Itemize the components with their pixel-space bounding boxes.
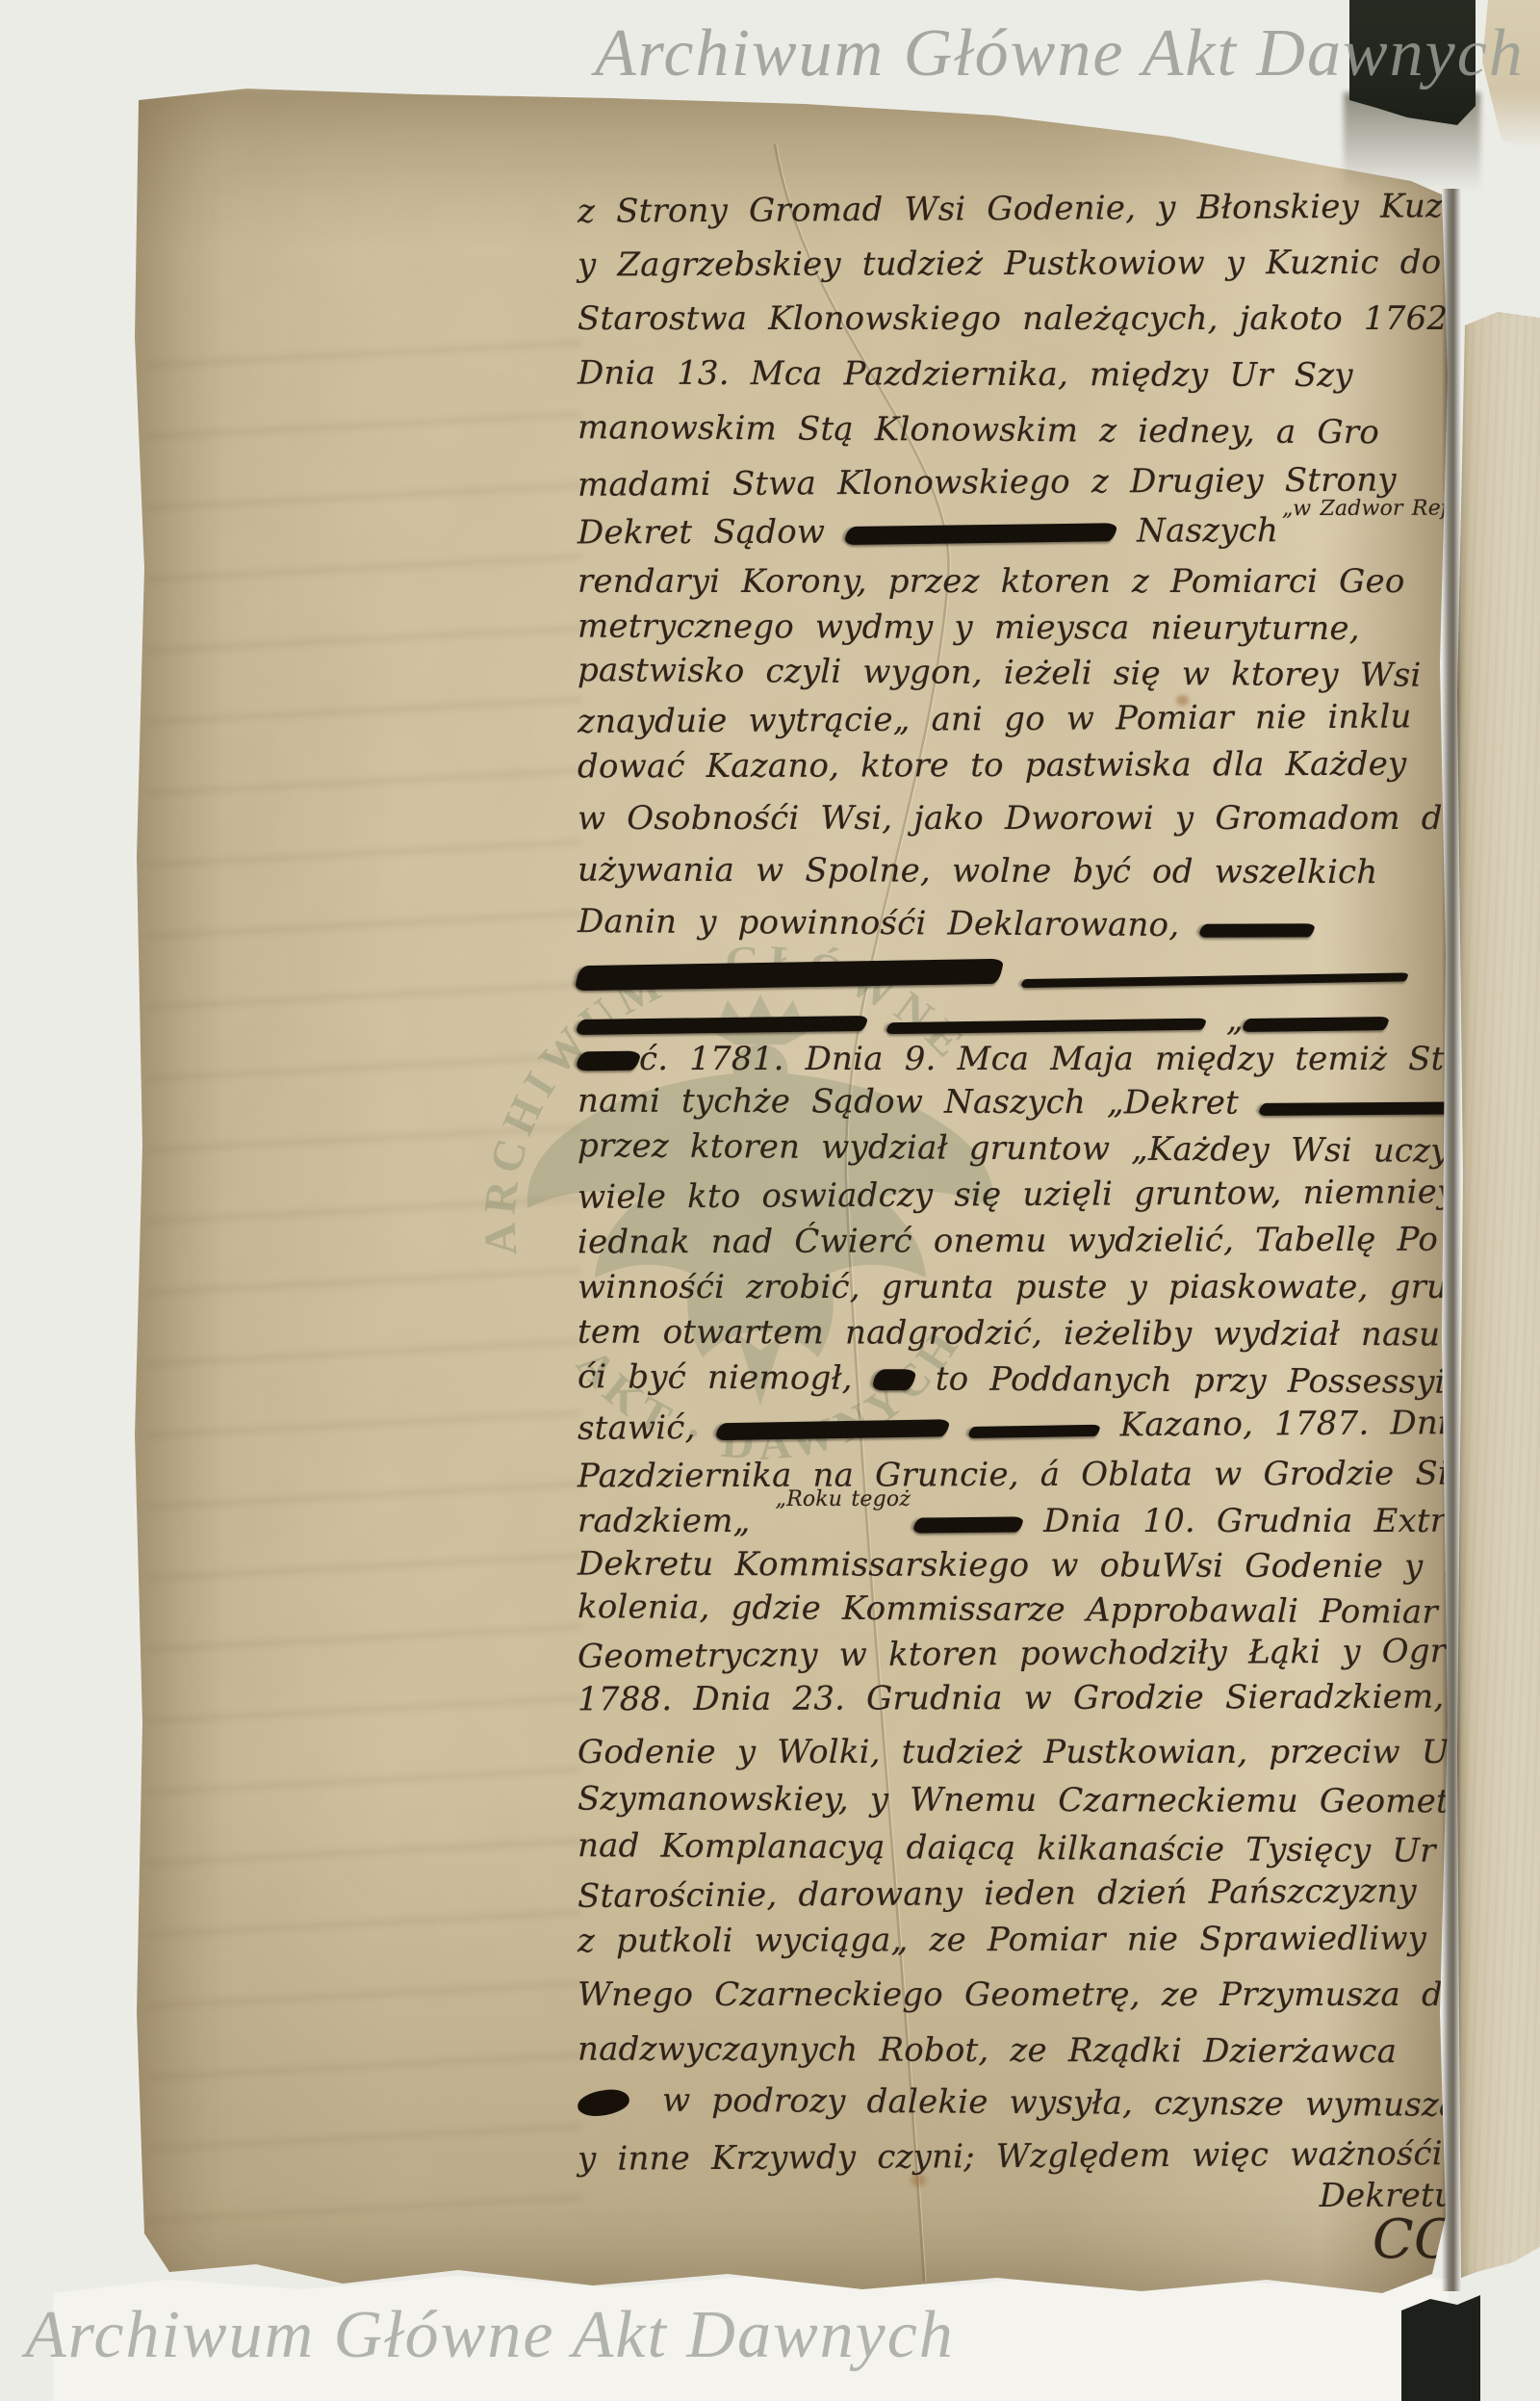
handwritten-text: y Zagrzebskiey tudzież Pustkowiow y Kuzn…: [577, 244, 1442, 285]
handwritten-text: madami Stwa Klonowskiego z Drugiey Stron…: [577, 461, 1397, 504]
manuscript-line: Dekret Sądow Naszych„w Zadwor Refe: [577, 511, 1455, 553]
manuscript-line: 1788. Dnia 23. Grudnia w Grodzie Sieradz…: [577, 1678, 1455, 1719]
manuscript-line: [577, 952, 1455, 996]
manuscript-line: radzkiem„ „Roku tegoż Dnia 10. Grudnia E…: [577, 1502, 1455, 1540]
manuscript-line: kolenia, gdzie Kommissarze Approbawali P…: [577, 1588, 1455, 1632]
manuscript-line: „: [577, 1000, 1455, 1042]
ink-strikethrough: [576, 1051, 642, 1071]
ink-strikethrough: [1021, 972, 1409, 988]
ink-strikethrough: [871, 1369, 917, 1390]
manuscript-line: przez ktoren wydział gruntow „Każdey Wsi…: [577, 1126, 1455, 1171]
manuscript-line: ć. 1781. Dnia 9. Mca Maja między temiż S…: [577, 1040, 1455, 1078]
binding-strip-bottom: [1401, 2295, 1480, 2401]
manuscript-line: Godenie y Wolki, tudzież Pustkowian, prz…: [577, 1733, 1455, 1771]
scanned-archival-document: ARCHIWUM · GŁÓWNE AKT · DAWNYCH z Strony…: [0, 0, 1540, 2401]
manuscript-line: z putkoli wyciąga„ ze Pomiar nie Sprawie…: [577, 1920, 1455, 1961]
handwritten-text: używania w Spolne, wolne być od wszelkic…: [577, 851, 1378, 892]
manuscript-line: Starościnie, darowany ieden dzień Pańszc…: [577, 1872, 1455, 1916]
manuscript-line: Pazdziernika na Gruncie, á Oblata w Grod…: [577, 1455, 1455, 1496]
manuscript-line: Starostwa Klonowskiego należących, jakot…: [577, 299, 1455, 338]
ink-strikethrough: [1242, 1017, 1390, 1032]
handwritten-text: ći być niemogł,: [577, 1357, 874, 1398]
manuscript-line: rendaryi Korony, przez ktoren z Pomiarci…: [577, 562, 1455, 601]
manuscript-line: nadzwyczaynych Robot, ze Rządki Dzierżaw…: [577, 2030, 1455, 2072]
handwritten-text: Naszych: [1116, 511, 1278, 551]
ink-strikethrough: [967, 1425, 1100, 1438]
manuscript-line: w podrozy dalekie wysyła, czynsze wymusz…: [577, 2080, 1455, 2125]
handwritten-text: w podrozy dalekie wysyła, czynsze wymusz…: [641, 2081, 1459, 2125]
ink-blot: [577, 2087, 631, 2118]
handwritten-text: w Osobnośći Wsi, jako Dworowi y Gromadom…: [577, 799, 1462, 838]
handwritten-text: Starostwa Klonowskiego należących, jakot…: [577, 299, 1458, 338]
handwritten-text: nami tychże Sądow Naszych „Dekret: [577, 1082, 1260, 1123]
handwritten-text: radzkiem„: [577, 1502, 771, 1540]
handwritten-text: stawić,: [577, 1408, 717, 1448]
interlinear-insertion: „w Zadwor Refe: [1282, 497, 1462, 522]
handwritten-text: Wnego Czarneckiego Geometrę, ze Przymusz…: [577, 1975, 1463, 2014]
handwritten-text: Dekret Sądow: [577, 513, 846, 553]
manuscript-line: Danin y powinnośći Deklarowano,: [577, 902, 1455, 946]
handwritten-text: rendaryi Korony, przez ktoren z Pomiarci…: [577, 562, 1405, 601]
handwritten-text: iednak nad Ćwierć onemu wydzielić, Tabel…: [577, 1221, 1438, 1262]
handwritten-text: winnośći zrobić, grunta puste y piaskowa…: [577, 1268, 1469, 1306]
handwritten-text: tem otwartem nadgrodzić, ieżeliby wydzia…: [577, 1313, 1492, 1355]
handwritten-text: Szymanowskiey, y Wnemu Czarneckiemu Geom…: [577, 1780, 1540, 1821]
manuscript-line: iednak nad Ćwierć onemu wydzielić, Tabel…: [577, 1221, 1455, 1262]
handwritten-text: nadzwyczaynych Robot, ze Rządki Dzierżaw…: [577, 2030, 1397, 2072]
manuscript-line: używania w Spolne, wolne być od wszelkic…: [577, 851, 1455, 892]
ink-strikethrough: [912, 1516, 1024, 1533]
handwritten-text: Godenie y Wolki, tudzież Pustkowian, prz…: [577, 1733, 1465, 1771]
manuscript-line: Dnia 13. Mca Pazdziernika, między Ur Szy: [577, 354, 1455, 396]
handwritten-text: Dnia 13. Mca Pazdziernika, między Ur Szy: [577, 354, 1353, 396]
handwritten-text: [948, 1407, 969, 1445]
handwritten-text: znayduie wytrącie„ ani go w Pomiar nie i…: [577, 697, 1412, 740]
handwritten-text: Dekretu Kommissarskiego w obuWsi Godenie…: [577, 1545, 1501, 1587]
manuscript-line: manowskim Stą Klonowskim z iedney, a Gro: [577, 408, 1455, 452]
handwritten-text: [1001, 955, 1022, 994]
handwritten-text: dować Kazano, ktore to pastwiska dla Każ…: [577, 745, 1407, 787]
handwritten-text: to Poddanych przy Possessyi zo: [914, 1359, 1504, 1402]
manuscript-line: winnośći zrobić, grunta puste y piaskowa…: [577, 1268, 1455, 1306]
ink-strikethrough: [574, 959, 1004, 991]
ink-strikethrough: [1198, 923, 1316, 937]
handwritten-text: pastwisko czyli wygon, ieżeli się w ktor…: [577, 651, 1422, 695]
manuscript-line: znayduie wytrącie„ ani go w Pomiar nie i…: [577, 697, 1455, 741]
cover-edge-top-right: [1480, 0, 1540, 152]
manuscript-line: y inne Krzywdy czyni; Względem więc ważn…: [577, 2134, 1455, 2179]
ink-strikethrough: [844, 523, 1118, 545]
manuscript-line: z Strony Gromad Wsi Godenie, y Błonskiey…: [577, 187, 1455, 231]
manuscript-line: w Osobnośći Wsi, jako Dworowi y Gromadom…: [577, 799, 1455, 838]
handwritten-text: metrycznego wydmy y mieysca nieuryturne,: [577, 607, 1360, 649]
manuscript-line: Geometryczny w ktoren powchodziły Łąki y…: [577, 1632, 1455, 1676]
manuscript-line: metrycznego wydmy y mieysca nieuryturne,: [577, 607, 1455, 649]
handwritten-text: Danin y powinnośći Deklarowano,: [577, 902, 1201, 944]
ink-strikethrough: [714, 1419, 950, 1440]
handwritten-text: 1788. Dnia 23. Grudnia w Grodzie Sieradz…: [577, 1677, 1506, 1718]
handwritten-text: [866, 1001, 887, 1040]
binding-gap-shadow: [1442, 189, 1461, 2291]
manuscript-page: ARCHIWUM · GŁÓWNE AKT · DAWNYCH z Strony…: [131, 87, 1451, 2297]
show-through-streaks: [148, 327, 581, 2262]
handwritten-text: Geometryczny w ktoren powchodziły Łąki y…: [577, 1632, 1512, 1676]
handwritten-text: ć. 1781. Dnia 9. Mca Maja między temiż S…: [639, 1040, 1480, 1078]
manuscript-line: dować Kazano, ktore to pastwiska dla Każ…: [577, 745, 1455, 787]
adjacent-page-edge: [1455, 308, 1540, 2278]
manuscript-line: pastwisko czyli wygon, ieżeli się w ktor…: [577, 651, 1455, 695]
manuscript-line: Dekretu Kommissarskiego w obuWsi Godenie…: [577, 1545, 1455, 1587]
handwritten-text: przez ktoren wydział gruntow „Każdey Wsi…: [577, 1126, 1500, 1171]
manuscript-line: y Zagrzebskiey tudzież Pustkowiow y Kuzn…: [577, 244, 1455, 285]
handwritten-text: Starościnie, darowany ieden dzień Pańszc…: [577, 1872, 1417, 1915]
handwritten-text: „: [1205, 1000, 1244, 1039]
ink-strikethrough: [576, 1016, 869, 1035]
manuscript-line: wiele kto oswiadczy się uzięli gruntow, …: [577, 1173, 1455, 1217]
handwritten-text: kolenia, gdzie Kommissarze Approbawali P…: [577, 1588, 1438, 1632]
handwritten-text: y inne Krzywdy czyni; Względem więc ważn…: [577, 2134, 1443, 2179]
manuscript-line: ći być niemogł, to Poddanych przy Posses…: [577, 1357, 1455, 1402]
manuscript-line: nami tychże Sądow Naszych „Dekret: [577, 1082, 1455, 1123]
manuscript-line: nad Komplanacyą daiącą kilkanaście Tysię…: [577, 1826, 1455, 1871]
handwritten-text: manowskim Stą Klonowskim z iedney, a Gro: [577, 408, 1379, 452]
interlinear-insertion: „Roku tegoż: [775, 1487, 911, 1511]
manuscript-line: Wnego Czarneckiego Geometrę, ze Przymusz…: [577, 1975, 1455, 2014]
manuscript-line: CC: [577, 2208, 1455, 2271]
underlying-white-sheet: [53, 2264, 1449, 2401]
manuscript-line: Szymanowskiey, y Wnemu Czarneckiemu Geom…: [577, 1780, 1455, 1821]
manuscript-line: stawić, Kazano, 1787. Dnia 15.: [577, 1404, 1455, 1448]
ink-strikethrough: [1258, 1101, 1469, 1116]
handwritten-text: wiele kto oswiadczy się uzięli gruntow, …: [577, 1173, 1456, 1217]
handwritten-text: z putkoli wyciąga„ ze Pomiar nie Sprawie…: [577, 1919, 1539, 1960]
handwritten-text: nad Komplanacyą daiącą kilkanaście Tysię…: [577, 1826, 1436, 1871]
handwritten-text: Pazdziernika na Gruncie, á Oblata w Grod…: [577, 1455, 1468, 1496]
ink-strikethrough: [885, 1019, 1207, 1035]
manuscript-line: tem otwartem nadgrodzić, ieżeliby wydzia…: [577, 1313, 1455, 1355]
